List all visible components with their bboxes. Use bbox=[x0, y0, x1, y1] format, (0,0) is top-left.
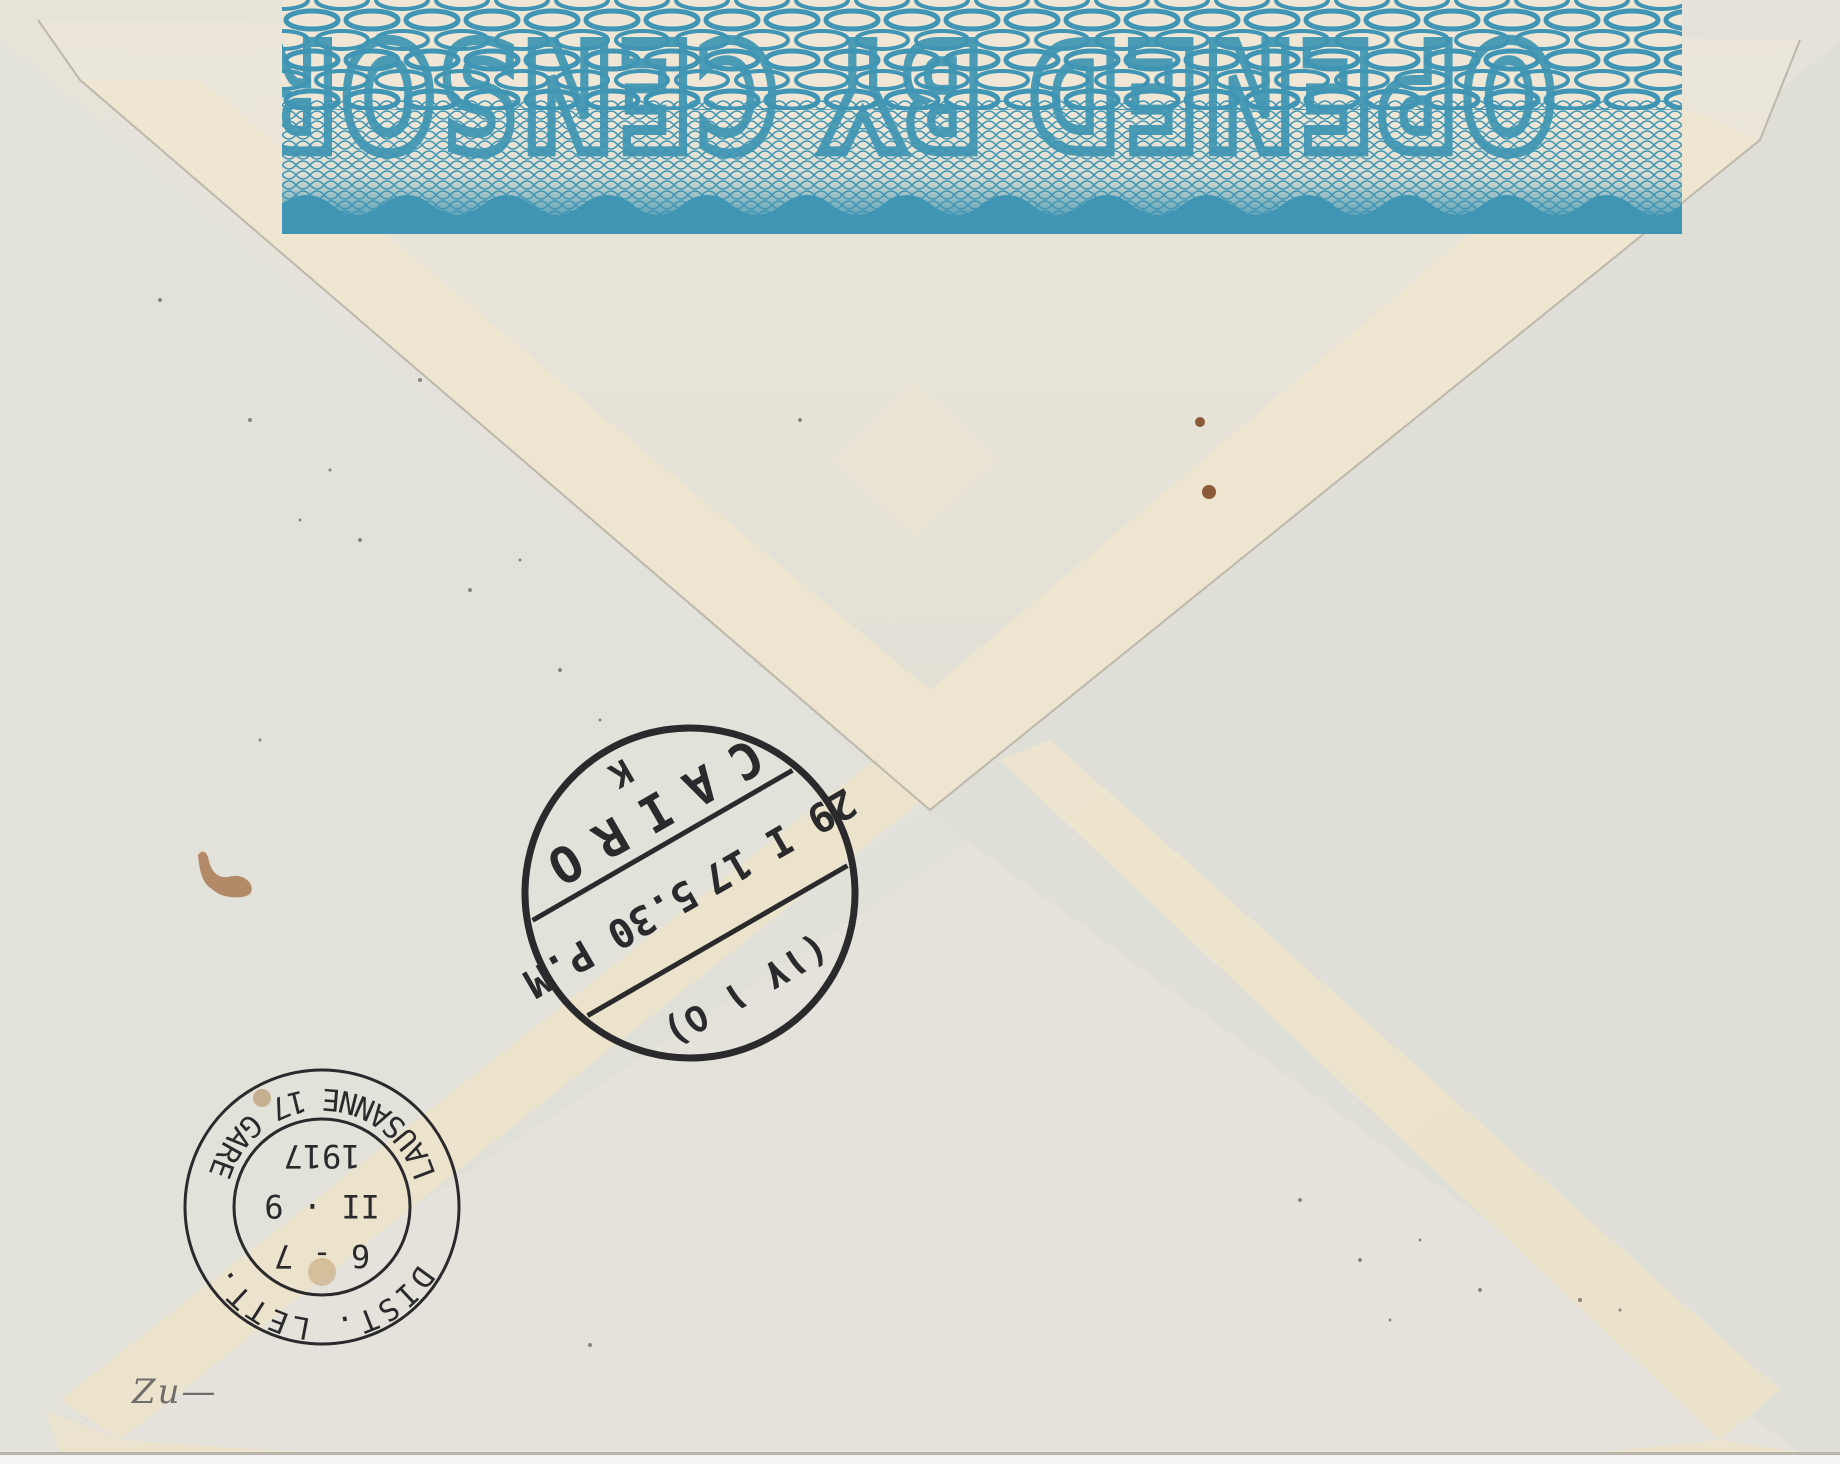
envelope-scan: OPENED BY CENSOR 29 I 175.30 P.M (٥ ١ ١٧… bbox=[0, 0, 1840, 1464]
lausanne-postmark: DIST. LETT. LAUSANNE 17 GARE 6 - 7 II · … bbox=[0, 0, 1840, 1464]
lausanne-year: 1917 bbox=[283, 1137, 360, 1175]
pencil-note: Zu— bbox=[132, 1372, 218, 1412]
lausanne-day-month: II · 9 bbox=[264, 1187, 380, 1225]
lausanne-hours: 6 - 7 bbox=[274, 1237, 370, 1275]
